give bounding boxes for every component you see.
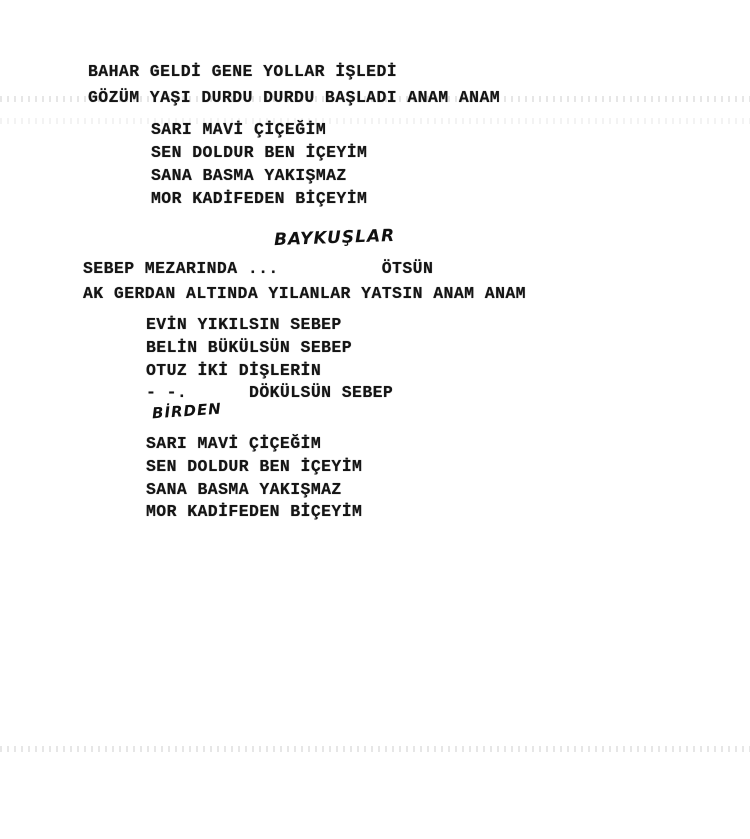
verse-2-line-1: SEBEP MEZARINDA ... ÖTSÜN xyxy=(83,259,433,278)
chorus-1-line-3: SANA BASMA YAKIŞMAZ xyxy=(151,166,347,185)
scan-noise-bottom xyxy=(0,746,750,752)
chorus-2-line-3: SANA BASMA YAKIŞMAZ xyxy=(146,480,342,499)
chorus-2-line-4: MOR KADİFEDEN BİÇEYİM xyxy=(146,502,362,521)
chorus-1-line-4: MOR KADİFEDEN BİÇEYİM xyxy=(151,189,367,208)
chorus-1-line-1: SARI MAVİ ÇİÇEĞİM xyxy=(151,120,326,139)
verse-3-line-2: BELİN BÜKÜLSÜN SEBEP xyxy=(146,338,352,357)
scan-noise-mid xyxy=(0,118,750,124)
handwritten-note-birden: BİRDEN xyxy=(151,400,222,423)
verse-1-line-2: GÖZÜM YAŞI DURDU DURDU BAŞLADI ANAM ANAM xyxy=(88,88,500,107)
chorus-2-line-1: SARI MAVİ ÇİÇEĞİM xyxy=(146,434,321,453)
verse-2-line-2: AK GERDAN ALTINDA YILANLAR YATSIN ANAM A… xyxy=(83,284,526,303)
verse-1-line-1: BAHAR GELDİ GENE YOLLAR İŞLEDİ xyxy=(88,62,397,81)
verse-3-line-3: OTUZ İKİ DİŞLERİN xyxy=(146,361,321,380)
chorus-2-line-2: SEN DOLDUR BEN İÇEYİM xyxy=(146,457,362,476)
verse-3-line-1: EVİN YIKILSIN SEBEP xyxy=(146,315,342,334)
handwritten-note-baykuslar: BAYKUŞLAR xyxy=(274,226,396,250)
verse-3-line-4: - -. DÖKÜLSÜN SEBEP xyxy=(146,383,393,402)
chorus-1-line-2: SEN DOLDUR BEN İÇEYİM xyxy=(151,143,367,162)
